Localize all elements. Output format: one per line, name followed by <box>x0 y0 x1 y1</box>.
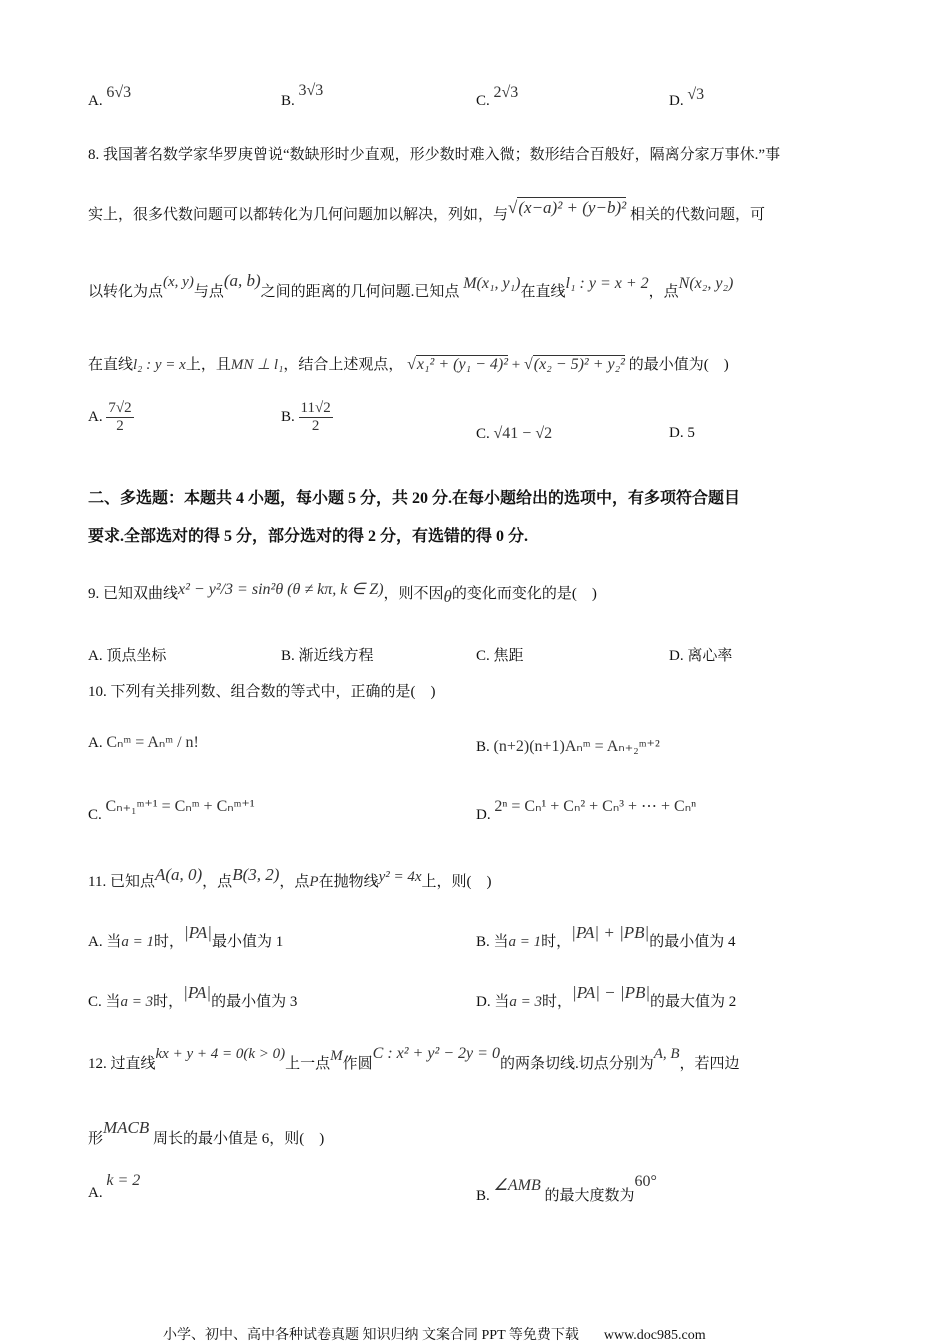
text: 以转化为点 <box>88 284 163 300</box>
text: 时， <box>154 934 184 950</box>
math-line-l2: l₂ : y = x <box>133 357 186 373</box>
text: 时， <box>542 994 572 1010</box>
option-label: D. <box>476 994 491 1010</box>
math-point-m: M <box>330 1048 343 1064</box>
text: 的最大值为 2 <box>650 994 736 1010</box>
q11-option-d: D. 当a = 3时，|PA| − |PB|的最大值为 2 <box>476 990 736 1011</box>
text: 在抛物线 <box>319 874 379 890</box>
parabola-equation: y² = 4x <box>379 869 422 885</box>
math-line-l1: l₁ : y = x + 2 <box>566 275 649 292</box>
option-label: C. <box>88 994 102 1010</box>
option-label: C. <box>476 93 490 109</box>
option-label: B. <box>476 1188 490 1204</box>
math-point-ab: (a, b) <box>224 271 261 290</box>
math-point-m: M(x₁, y₁) <box>463 275 520 292</box>
option-label: A. <box>88 735 103 751</box>
option-label: A. <box>88 1185 103 1201</box>
footer-text: 小学、初中、高中各种试卷真题 知识归纳 文案合同 PPT 等免费下载 <box>163 1328 579 1343</box>
text: 相关的代数问题，可 <box>630 207 765 223</box>
text: 9. 已知双曲线 <box>88 586 178 602</box>
q7-option-d: D. √3 <box>669 92 704 110</box>
math-expression: |PA| <box>183 983 211 1002</box>
math-angle: ∠AMB <box>494 1177 541 1194</box>
fraction-denominator: 2 <box>299 418 333 435</box>
option-label: B. <box>281 93 295 109</box>
option-label: D. <box>669 648 684 664</box>
q10-option-b: B. (n+2)(n+1)Aₙᵐ = Aₙ₊₂ᵐ⁺² <box>476 736 660 756</box>
circle-equation: C : x² + y² − 2y = 0 <box>373 1045 500 1062</box>
q9-option-c: C. 焦距 <box>476 644 524 665</box>
q10-stem: 10. 下列有关排列数、组合数的等式中，正确的是( ) <box>88 680 436 701</box>
q9-option-a: A. 顶点坐标 <box>88 644 166 665</box>
option-label: C. <box>476 426 490 442</box>
text: 的最小值为 4 <box>649 934 735 950</box>
math-points-ab: A, B <box>654 1046 680 1062</box>
math-line-equation: kx + y + 4 = 0(k > 0) <box>156 1046 286 1062</box>
math-expression: |PA| <box>184 923 212 942</box>
text: ，则不因 <box>384 586 444 602</box>
sqrt-expression-2: (x₂ − 5)² + y₂² <box>533 355 625 373</box>
option-value: (n+2)(n+1)Aₙᵐ = Aₙ₊₂ᵐ⁺² <box>494 738 660 755</box>
option-label: D. <box>669 93 684 109</box>
option-value: 焦距 <box>494 648 524 664</box>
text: ，若四边 <box>680 1056 740 1072</box>
text: 与点 <box>194 284 224 300</box>
text: 在直线 <box>521 284 566 300</box>
text: 上，且 <box>186 357 231 373</box>
q11-stem: 11. 已知点A(a, 0)，点B(3, 2)，点P在抛物线y² = 4x上，则… <box>88 870 492 891</box>
text: 的最小值为 3 <box>211 994 297 1010</box>
q7-option-c: C. 2√3 <box>476 92 518 110</box>
q12-option-b: B. ∠AMB 的最大度数为60° <box>476 1184 657 1205</box>
option-label: B. <box>476 739 490 755</box>
text: 的最大度数为 <box>544 1188 634 1204</box>
q8-line-2: 实上，很多代数问题可以都转化为几何问题加以解决，列如，与√(x−a)² + (y… <box>88 203 765 224</box>
q8-line-4: 在直线l₂ : y = x上，且MN ⊥ l₁，结合上述观点， √x₁² + (… <box>88 353 729 374</box>
q12-line-2: 形MACB 周长的最小值是 6，则( ) <box>88 1127 324 1148</box>
option-value: 顶点坐标 <box>106 648 166 664</box>
text: 实上，很多代数问题可以都转化为几何问题加以解决，列如，与 <box>88 207 508 223</box>
math-quadrilateral: MACB <box>103 1118 149 1137</box>
math-point-b: B(3, 2) <box>232 865 279 884</box>
section-heading-line-1: 二、多选题：本题共 4 小题，每小题 5 分，共 20 分.在每小题给出的选项中… <box>88 485 740 508</box>
option-value: 6√3 <box>106 84 131 101</box>
q8-line-3: 以转化为点(x, y)与点(a, b)之间的距离的几何问题.已知点 M(x₁, … <box>88 280 733 301</box>
text: 当 <box>494 934 509 950</box>
text: 时， <box>541 934 571 950</box>
option-value: Cₙᵐ = Aₙᵐ / n! <box>106 734 199 751</box>
q12-line-1: 12. 过直线kx + y + 4 = 0(k > 0)上一点M作圆C : x²… <box>88 1052 740 1073</box>
option-value: 2√3 <box>494 84 519 101</box>
option-label: D. <box>476 807 491 823</box>
text: 当 <box>106 994 121 1010</box>
footer-link[interactable]: www.doc985.com <box>604 1328 706 1343</box>
option-value: 离心率 <box>687 648 732 664</box>
text: 11. 已知点 <box>88 874 155 890</box>
option-label: D. <box>669 425 684 441</box>
text: 上，则( ) <box>422 874 492 890</box>
math-perpendicular: MN ⊥ l₁ <box>231 357 283 373</box>
q8-option-d: D. 5 <box>669 425 695 442</box>
text: 之间的距离的几何问题.已知点 <box>261 284 460 300</box>
text: 当 <box>106 934 121 950</box>
math-condition: a = 3 <box>509 994 542 1010</box>
text: 时， <box>153 994 183 1010</box>
q9-option-d: D. 离心率 <box>669 644 732 665</box>
option-label: A. <box>88 934 103 950</box>
q9-option-b: B. 渐近线方程 <box>281 644 374 665</box>
q8-option-c: C. √41 − √2 <box>476 425 552 443</box>
q7-option-a: A. 6√3 <box>88 92 131 110</box>
q8-line-1: 8. 我国著名数学家华罗庚曾说“数缺形时少直观，形少数时难入微；数形结合百般好，… <box>88 143 780 164</box>
text: ，点 <box>279 874 309 890</box>
math-condition: a = 1 <box>121 934 154 950</box>
q10-option-a: A. Cₙᵐ = Aₙᵐ / n! <box>88 732 199 752</box>
option-value: 3√3 <box>299 82 324 99</box>
math-expression: |PA| − |PB| <box>572 983 650 1002</box>
q11-option-c: C. 当a = 3时，|PA|的最小值为 3 <box>88 990 297 1011</box>
fraction-numerator: 7√2 <box>106 400 133 418</box>
q7-option-b: B. 3√3 <box>281 92 323 110</box>
hyperbola-equation: x² − y²/3 = sin²θ (θ ≠ kπ, k ∈ Z) <box>178 581 384 598</box>
text: ，点 <box>202 874 232 890</box>
q11-option-a: A. 当a = 1时，|PA|最小值为 1 <box>88 930 283 951</box>
text: 上一点 <box>285 1056 330 1072</box>
math-expression: k = 2 <box>106 1172 140 1189</box>
option-label: C. <box>88 807 102 823</box>
q8-option-b: B. 11√22 <box>281 400 333 435</box>
option-label: A. <box>88 648 103 664</box>
plus-sign: + <box>512 357 520 373</box>
text: 当 <box>494 994 509 1010</box>
option-value: √3 <box>687 86 704 103</box>
sqrt-expression-1: x₁² + (y₁ − 4)² <box>416 355 508 373</box>
sqrt-expression: (x−a)² + (y−b)² <box>517 197 626 217</box>
math-condition: a = 1 <box>509 934 542 950</box>
section-heading-line-2: 要求.全部选对的得 5 分，部分选对的得 2 分，有选错的得 0 分. <box>88 523 528 546</box>
text: 12. 过直线 <box>88 1056 156 1072</box>
math-condition: a = 3 <box>121 994 154 1010</box>
option-label: A. <box>88 409 103 425</box>
math-point-xy: (x, y) <box>163 274 194 290</box>
text: 在直线 <box>88 357 133 373</box>
option-label: B. <box>281 648 295 664</box>
option-label: A. <box>88 93 103 109</box>
option-value: Cₙ₊₁ᵐ⁺¹ = Cₙᵐ + Cₙᵐ⁺¹ <box>106 798 255 815</box>
math-degree: 60° <box>635 1173 657 1190</box>
text: 形 <box>88 1131 103 1147</box>
text: 作圆 <box>343 1056 373 1072</box>
q12-option-a: A. k = 2 <box>88 1184 140 1202</box>
math-point-n: N(x₂, y₂) <box>679 275 734 292</box>
math-expression: |PA| + |PB| <box>571 923 649 942</box>
text: 的两条切线.切点分别为 <box>500 1056 654 1072</box>
fraction-numerator: 11√2 <box>299 400 333 418</box>
text: 的最小值为( ) <box>629 357 729 373</box>
text: 周长的最小值是 6，则( ) <box>153 1131 324 1147</box>
q11-option-b: B. 当a = 1时，|PA| + |PB|的最小值为 4 <box>476 930 735 951</box>
q9-stem: 9. 已知双曲线x² − y²/3 = sin²θ (θ ≠ kπ, k ∈ Z… <box>88 582 597 603</box>
option-value: 2ⁿ = Cₙ¹ + Cₙ² + Cₙ³ + ⋯ + Cₙⁿ <box>494 798 696 815</box>
text: 最小值为 1 <box>212 934 283 950</box>
text: ，点 <box>649 284 679 300</box>
math-point-p: P <box>309 874 318 890</box>
fraction-denominator: 2 <box>106 418 133 435</box>
math-point-a: A(a, 0) <box>155 865 202 884</box>
q10-option-c: C. Cₙ₊₁ᵐ⁺¹ = Cₙᵐ + Cₙᵐ⁺¹ <box>88 804 255 824</box>
option-label: B. <box>281 409 295 425</box>
text: 的变化而变化的是( ) <box>452 586 597 602</box>
option-value: 5 <box>687 425 695 441</box>
footer: 小学、初中、高中各种试卷真题 知识归纳 文案合同 PPT 等免费下载 www.d… <box>163 1324 706 1344</box>
q8-option-a: A. 7√22 <box>88 400 134 435</box>
option-value: 渐近线方程 <box>299 648 374 664</box>
option-label: C. <box>476 648 490 664</box>
option-value: √41 − √2 <box>494 425 553 442</box>
option-label: B. <box>476 934 490 950</box>
text: ，结合上述观点， <box>283 357 403 373</box>
math-theta: θ <box>444 587 452 606</box>
q10-option-d: D. 2ⁿ = Cₙ¹ + Cₙ² + Cₙ³ + ⋯ + Cₙⁿ <box>476 804 696 824</box>
